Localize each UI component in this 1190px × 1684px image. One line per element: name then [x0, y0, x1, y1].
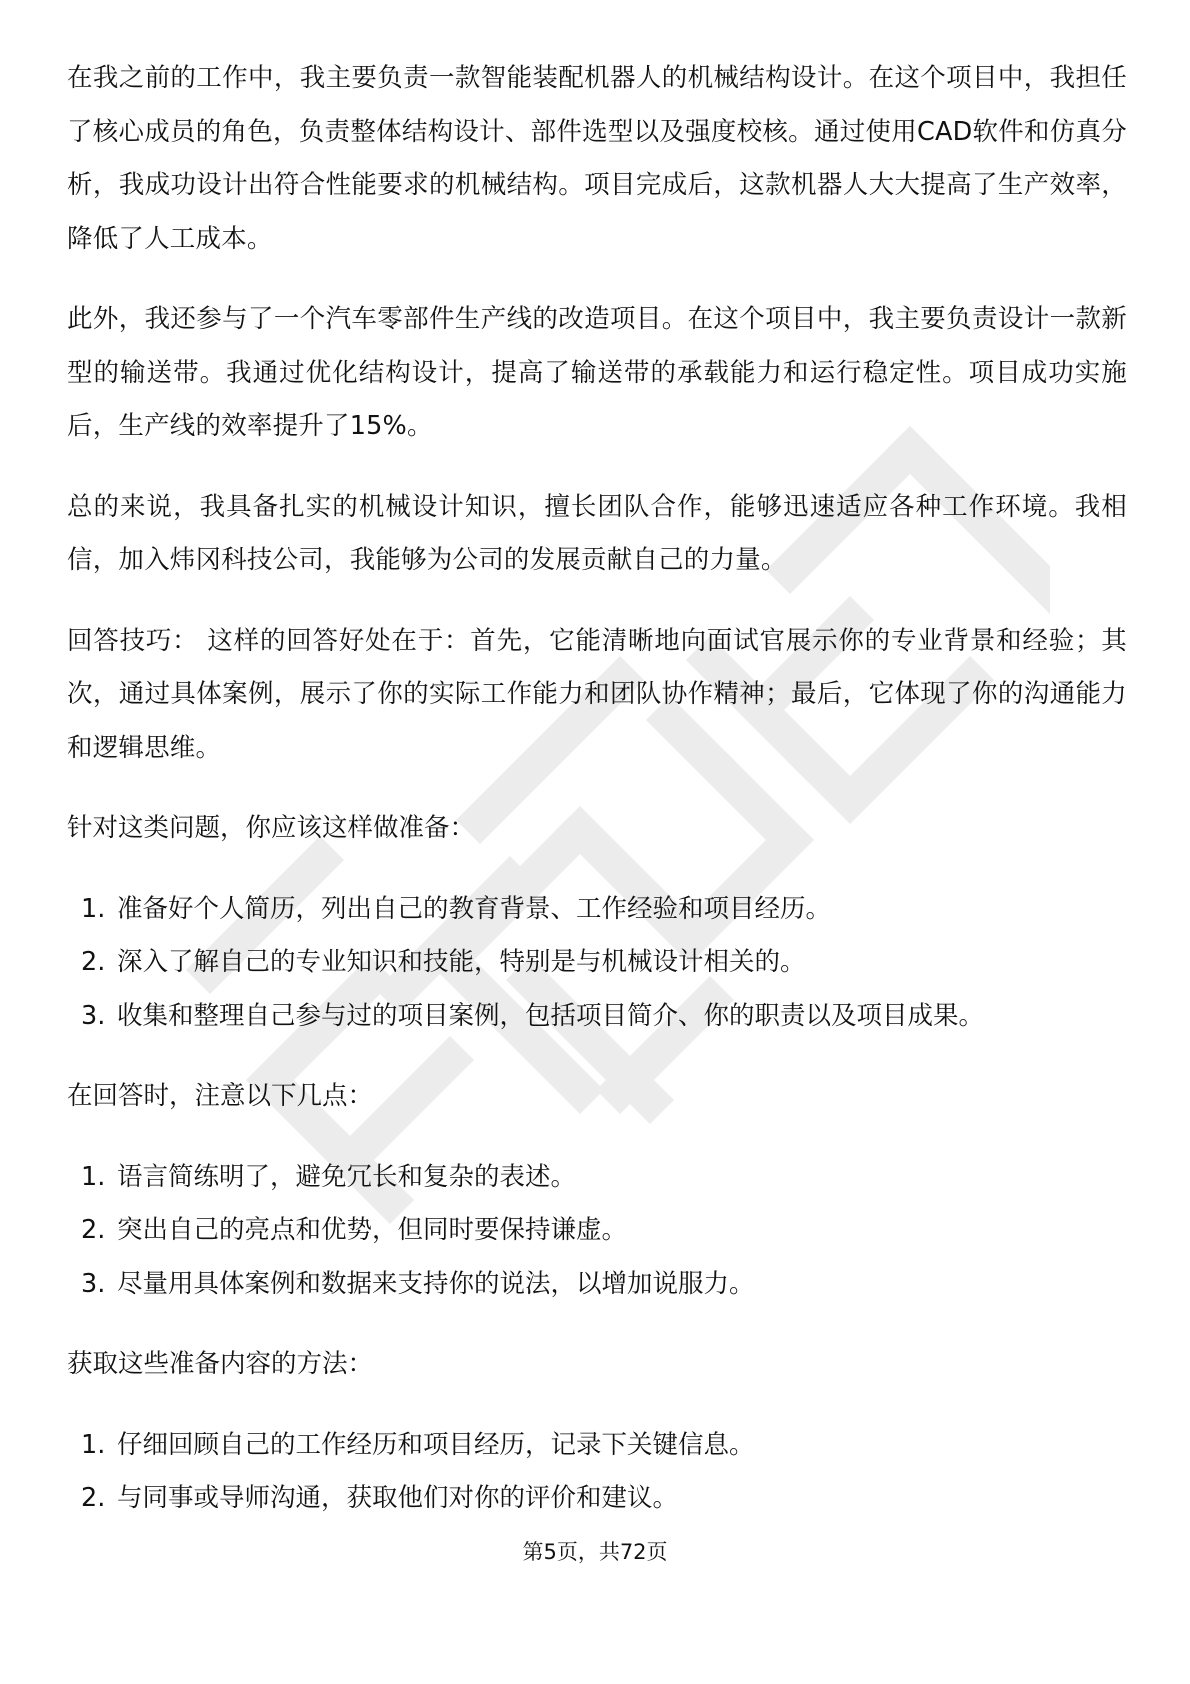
list-item: 3. 收集和整理自己参与过的项目案例，包括项目简介、你的职责以及项目成果。	[67, 990, 1127, 1044]
list-number: 3.	[81, 1258, 117, 1312]
list-item-text: 准备好个人简历，列出自己的教育背景、工作经验和项目经历。	[117, 883, 831, 937]
page-footer: 第5页，共72页	[0, 1537, 1190, 1567]
answer-notes-list: 1. 语言简练明了，避免冗长和复杂的表述。 2. 突出自己的亮点和优势，但同时要…	[67, 1151, 1127, 1312]
section-heading-answer-notes: 在回答时，注意以下几点：	[67, 1070, 1127, 1124]
list-item: 1. 语言简练明了，避免冗长和复杂的表述。	[67, 1151, 1127, 1205]
list-item: 3. 尽量用具体案例和数据来支持你的说法，以增加说服力。	[67, 1258, 1127, 1312]
list-item-text: 收集和整理自己参与过的项目案例，包括项目简介、你的职责以及项目成果。	[117, 990, 984, 1044]
list-item: 2. 突出自己的亮点和优势，但同时要保持谦虚。	[67, 1204, 1127, 1258]
list-item: 2. 深入了解自己的专业知识和技能，特别是与机械设计相关的。	[67, 936, 1127, 990]
section-heading-preparation: 针对这类问题，你应该这样做准备：	[67, 802, 1127, 856]
paragraph-answer-tips: 回答技巧： 这样的回答好处在于：首先，它能清晰地向面试官展示你的专业背景和经验；…	[67, 615, 1127, 776]
list-number: 3.	[81, 990, 117, 1044]
list-item-text: 尽量用具体案例和数据来支持你的说法，以增加说服力。	[117, 1258, 755, 1312]
list-number: 1.	[81, 1419, 117, 1473]
list-number: 1.	[81, 1151, 117, 1205]
list-number: 2.	[81, 936, 117, 990]
section-heading-methods: 获取这些准备内容的方法：	[67, 1338, 1127, 1392]
page-indicator: 第5页，共72页	[522, 1540, 667, 1564]
list-item-text: 语言简练明了，避免冗长和复杂的表述。	[117, 1151, 576, 1205]
list-number: 2.	[81, 1472, 117, 1526]
list-item: 2. 与同事或导师沟通，获取他们对你的评价和建议。	[67, 1472, 1127, 1526]
paragraph-additional-project: 此外，我还参与了一个汽车零部件生产线的改造项目。在这个项目中，我主要负责设计一款…	[67, 293, 1127, 454]
paragraph-summary: 总的来说，我具备扎实的机械设计知识，擅长团队合作，能够迅速适应各种工作环境。我相…	[67, 481, 1127, 588]
document-page: 在我之前的工作中，我主要负责一款智能装配机器人的机械结构设计。在这个项目中，我担…	[0, 0, 1190, 1684]
list-item-text: 仔细回顾自己的工作经历和项目经历，记录下关键信息。	[117, 1419, 755, 1473]
preparation-list: 1. 准备好个人简历，列出自己的教育背景、工作经验和项目经历。 2. 深入了解自…	[67, 883, 1127, 1044]
list-number: 1.	[81, 883, 117, 937]
document-body: 在我之前的工作中，我主要负责一款智能装配机器人的机械结构设计。在这个项目中，我担…	[67, 52, 1127, 1553]
list-item-text: 与同事或导师沟通，获取他们对你的评价和建议。	[117, 1472, 678, 1526]
list-number: 2.	[81, 1204, 117, 1258]
list-item-text: 突出自己的亮点和优势，但同时要保持谦虚。	[117, 1204, 627, 1258]
methods-list: 1. 仔细回顾自己的工作经历和项目经历，记录下关键信息。 2. 与同事或导师沟通…	[67, 1419, 1127, 1526]
list-item: 1. 准备好个人简历，列出自己的教育背景、工作经验和项目经历。	[67, 883, 1127, 937]
list-item-text: 深入了解自己的专业知识和技能，特别是与机械设计相关的。	[117, 936, 806, 990]
paragraph-experience: 在我之前的工作中，我主要负责一款智能装配机器人的机械结构设计。在这个项目中，我担…	[67, 52, 1127, 266]
list-item: 1. 仔细回顾自己的工作经历和项目经历，记录下关键信息。	[67, 1419, 1127, 1473]
